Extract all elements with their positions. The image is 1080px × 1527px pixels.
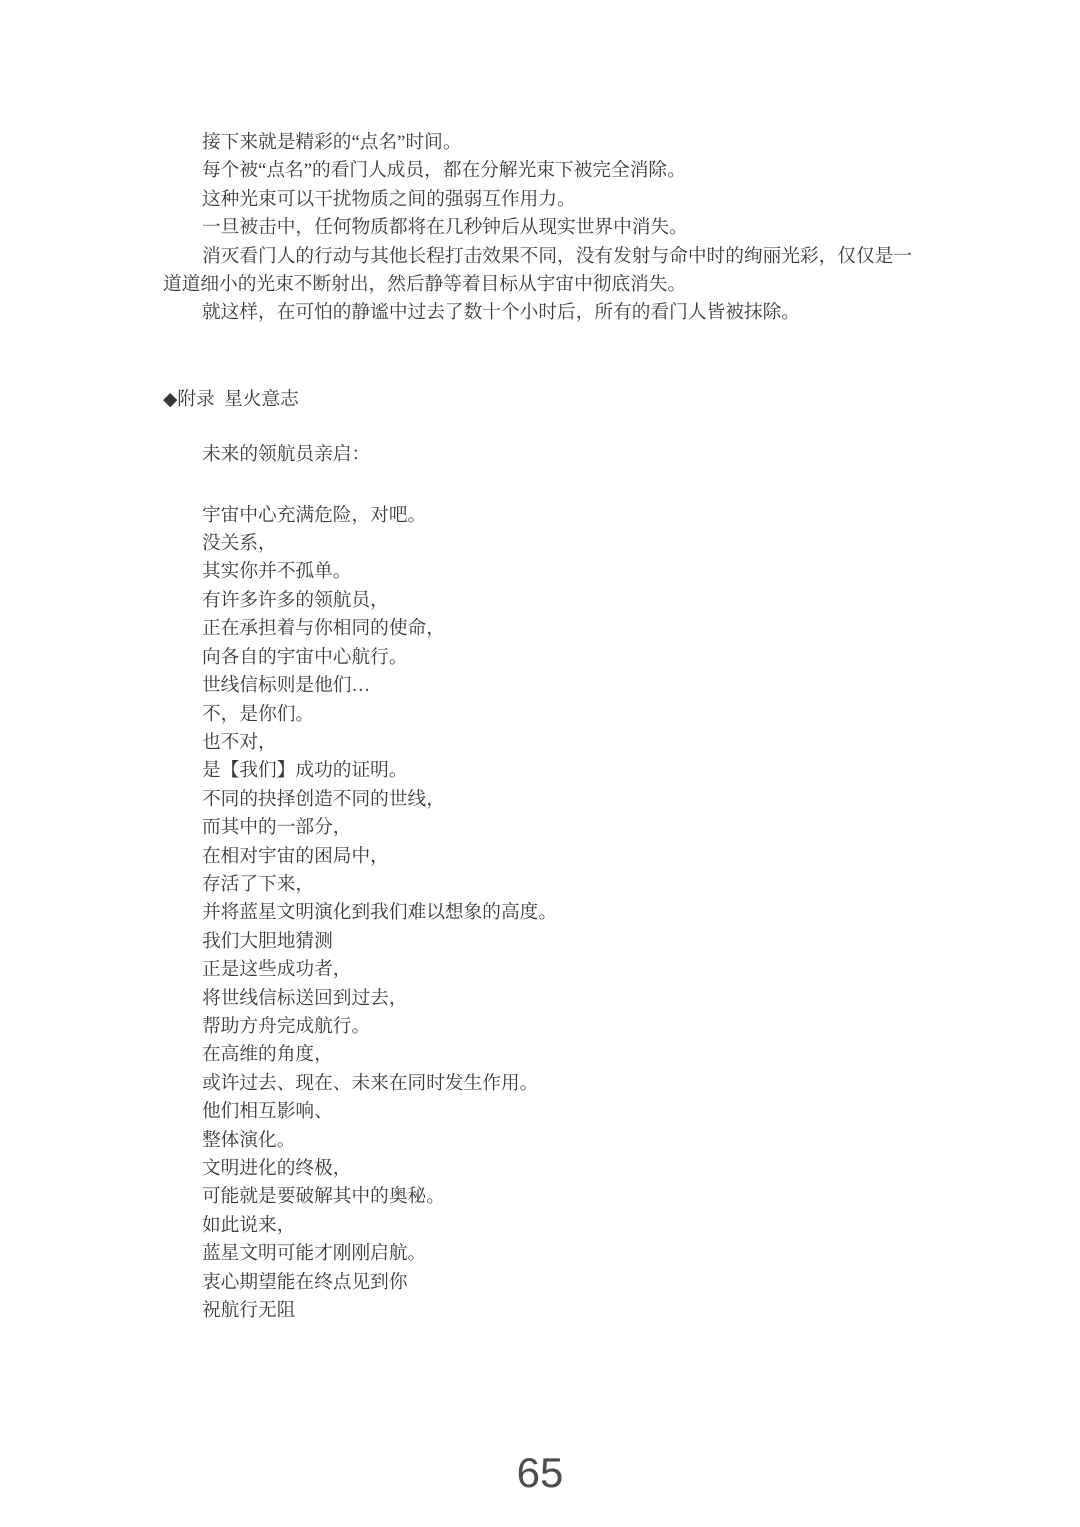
- appendix-title: 附录 星火意志: [177, 389, 298, 410]
- body-paragraph: 每个被“点名”的看门人成员，都在分解光束下被完全消除。: [163, 157, 915, 185]
- poem-line: 不，是你们。: [202, 701, 915, 729]
- poem-line: 如此说来，: [202, 1212, 915, 1240]
- poem-line: 将世线信标送回到过去，: [202, 985, 915, 1013]
- poem-line: 并将蓝星文明演化到我们难以想象的高度。: [202, 899, 915, 927]
- page-number: 65: [0, 1452, 1080, 1494]
- document-page: 接下来就是精彩的“点名”时间。每个被“点名”的看门人成员，都在分解光束下被完全消…: [0, 0, 1080, 1527]
- poem-line: 我们大胆地猜测: [202, 928, 915, 956]
- poem-lines: 宇宙中心充满危险，对吧。没关系，其实你并不孤单。有许多许多的领航员，正在承担着与…: [163, 502, 915, 1326]
- salutation-line: 未来的领航员亲启：: [163, 441, 915, 469]
- poem-line: 可能就是要破解其中的奥秘。: [202, 1183, 915, 1211]
- body-paragraph: 消灭看门人的行动与其他长程打击效果不同，没有发射与命中时的绚丽光彩，仅仅是一道道…: [163, 243, 915, 300]
- poem-line: 帮助方舟完成航行。: [202, 1013, 915, 1041]
- poem-line: 有许多许多的领航员，: [202, 587, 915, 615]
- body-paragraph: 就这样，在可怕的静谧中过去了数十个小时后，所有的看门人皆被抹除。: [163, 299, 915, 327]
- poem-line: 而其中的一部分，: [202, 814, 915, 842]
- page-content: 接下来就是精彩的“点名”时间。每个被“点名”的看门人成员，都在分解光束下被完全消…: [163, 129, 915, 1325]
- poem-line: 在高维的角度，: [202, 1041, 915, 1069]
- poem-line: 是【我们】成功的证明。: [202, 757, 915, 785]
- poem-line: 整体演化。: [202, 1127, 915, 1155]
- poem-line: 正是这些成功者，: [202, 956, 915, 984]
- poem-line: 不同的抉择创造不同的世线，: [202, 786, 915, 814]
- poem-line: 祝航行无阻: [202, 1297, 915, 1325]
- poem-line: 正在承担着与你相同的使命，: [202, 615, 915, 643]
- poem-line: 宇宙中心充满危险，对吧。: [202, 502, 915, 530]
- body-paragraph: 接下来就是精彩的“点名”时间。: [163, 129, 915, 157]
- poem-line: 其实你并不孤单。: [202, 558, 915, 586]
- diamond-bullet-icon: ◆: [163, 389, 177, 410]
- poem-line: 蓝星文明可能才刚刚启航。: [202, 1240, 915, 1268]
- poem-line: 也不对，: [202, 729, 915, 757]
- poem-line: 向各自的宇宙中心航行。: [202, 644, 915, 672]
- poem-line: 衷心期望能在终点见到你: [202, 1269, 915, 1297]
- poem-line: 他们相互影响、: [202, 1098, 915, 1126]
- poem-line: 文明进化的终极，: [202, 1155, 915, 1183]
- body-paragraph: 这种光束可以干扰物质之间的强弱互作用力。: [163, 186, 915, 214]
- appendix-header: ◆附录 星火意志: [163, 386, 915, 414]
- poem-line: 在相对宇宙的困局中，: [202, 843, 915, 871]
- poem-line: 或许过去、现在、未来在同时发生作用。: [202, 1070, 915, 1098]
- poem-line: 存活了下来，: [202, 871, 915, 899]
- body-paragraph: 一旦被击中，任何物质都将在几秒钟后从现实世界中消失。: [163, 214, 915, 242]
- poem-line: 没关系，: [202, 530, 915, 558]
- poem-line: 世线信标则是他们…: [202, 672, 915, 700]
- body-paragraphs: 接下来就是精彩的“点名”时间。每个被“点名”的看门人成员，都在分解光束下被完全消…: [163, 129, 915, 328]
